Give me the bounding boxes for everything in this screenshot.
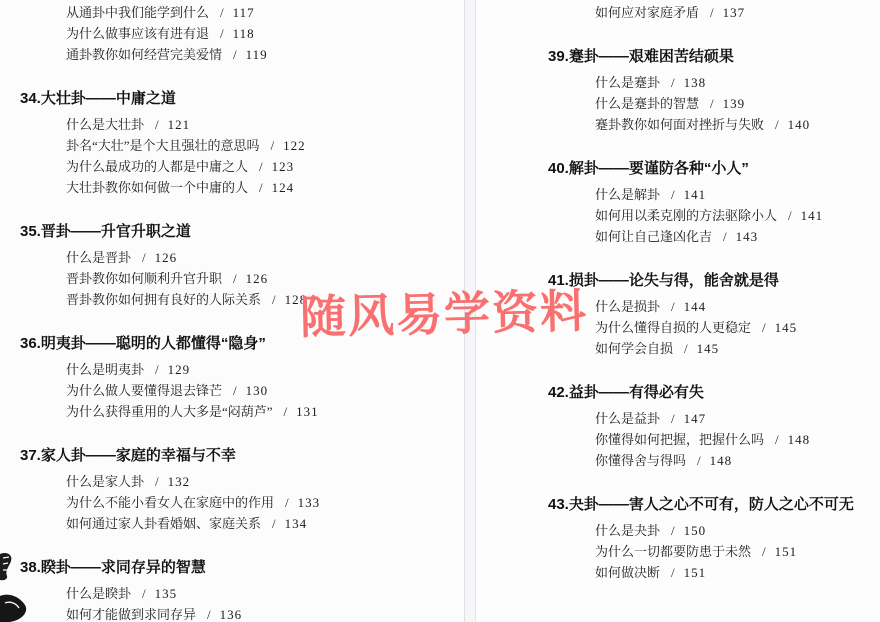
- toc-entry-separator: /: [671, 75, 675, 90]
- toc-entry-page: 139: [723, 96, 746, 111]
- toc-entry-page: 118: [233, 26, 255, 41]
- toc-entry-page: 135: [155, 586, 178, 601]
- toc-entry-separator: /: [233, 271, 237, 286]
- toc-entry-page: 151: [775, 544, 798, 559]
- toc-entry-page: 128: [285, 292, 308, 307]
- toc-entry: 如何用以柔克刚的方法驱除小人/141: [595, 205, 880, 226]
- toc-entry-separator: /: [142, 586, 146, 601]
- toc-entry-separator: /: [762, 544, 766, 559]
- toc-entry: 你懂得如何把握，把握什么吗/148: [595, 429, 880, 450]
- toc-entry-label: 如何让自己逢凶化吉: [595, 229, 712, 244]
- toc-entry-separator: /: [671, 187, 675, 202]
- toc-entry-page: 117: [233, 5, 255, 20]
- section-title: 37.家人卦——家庭的幸福与不幸: [20, 448, 464, 464]
- toc-entry-separator: /: [271, 138, 275, 153]
- toc-entry-page: 148: [710, 453, 733, 468]
- toc-entry: 什么是夬卦/150: [595, 520, 880, 541]
- toc-entry-label: 什么是蹇卦的智慧: [595, 96, 699, 111]
- toc-entry-label: 你懂得如何把握，把握什么吗: [595, 432, 764, 447]
- toc-entry-separator: /: [723, 229, 727, 244]
- toc-entry-separator: /: [272, 516, 276, 531]
- toc-entry-separator: /: [259, 180, 263, 195]
- toc-entry-separator: /: [155, 474, 159, 489]
- toc-entry-separator: /: [155, 362, 159, 377]
- toc-entry-label: 从通卦中我们能学到什么: [66, 5, 209, 20]
- toc-section-42: 42.益卦——有得必有失 什么是益卦/147 你懂得如何把握，把握什么吗/148…: [476, 385, 880, 471]
- toc-entry-page: 130: [246, 383, 269, 398]
- toc-entry: 晋卦教你如何顺利升官升职/126: [66, 268, 464, 289]
- toc-entry-separator: /: [259, 159, 263, 174]
- toc-entry-page: 141: [684, 187, 707, 202]
- toc-entry-page: 122: [283, 138, 306, 153]
- toc-entry-separator: /: [285, 495, 289, 510]
- toc-entry-page: 126: [246, 271, 269, 286]
- section-title: 38.睽卦——求同存异的智慧: [20, 560, 464, 576]
- toc-entry-separator: /: [155, 117, 159, 132]
- toc-entry: 晋卦教你如何拥有良好的人际关系/128: [66, 289, 464, 310]
- section-title: 39.蹇卦——艰难困苦结硕果: [548, 49, 880, 65]
- toc-entry-label: 大壮卦教你如何做一个中庸的人: [66, 180, 248, 195]
- toc-entry-label: 为什么不能小看女人在家庭中的作用: [66, 495, 274, 510]
- toc-entry: 你懂得舍与得吗/148: [595, 450, 880, 471]
- toc-entry: 什么是晋卦/126: [66, 247, 464, 268]
- section-title: 35.晋卦——升官升职之道: [20, 224, 464, 240]
- toc-section-36: 36.明夷卦——聪明的人都懂得“隐身” 什么是明夷卦/129 为什么做人要懂得退…: [0, 336, 464, 422]
- toc-entry-separator: /: [233, 383, 237, 398]
- toc-entry: 大壮卦教你如何做一个中庸的人/124: [66, 177, 464, 198]
- toc-entry: 什么是蹇卦/138: [595, 72, 880, 93]
- toc-entry-page: 121: [168, 117, 191, 132]
- toc-entry-label: 什么是睽卦: [66, 586, 131, 601]
- toc-entry-separator: /: [697, 453, 701, 468]
- toc-entry-page: 141: [801, 208, 824, 223]
- toc-entry-page: 124: [272, 180, 295, 195]
- toc-entry: 如何应对家庭矛盾/137: [595, 2, 880, 23]
- left-toc-page: 从通卦中我们能学到什么/117 为什么做事应该有进有退/118 通卦教你如何经营…: [0, 0, 464, 622]
- toc-entry-separator: /: [671, 565, 675, 580]
- toc-entry: 为什么一切都要防患于未然/151: [595, 541, 880, 562]
- toc-entry-label: 什么是大壮卦: [66, 117, 144, 132]
- toc-entry-label: 为什么做人要懂得退去锋芒: [66, 383, 222, 398]
- toc-entry: 为什么懂得自损的人更稳定/145: [595, 317, 880, 338]
- toc-entry-separator: /: [671, 411, 675, 426]
- toc-entry-page: 147: [684, 411, 707, 426]
- toc-entry-separator: /: [684, 341, 688, 356]
- toc-entry-label: 晋卦教你如何拥有良好的人际关系: [66, 292, 261, 307]
- toc-entry-separator: /: [220, 5, 224, 20]
- toc-entry-label: 如何做决断: [595, 565, 660, 580]
- toc-entry-label: 为什么做事应该有进有退: [66, 26, 209, 41]
- toc-entry-separator: /: [207, 607, 211, 622]
- toc-section-40: 40.解卦——要谨防各种“小人” 什么是解卦/141 如何用以柔克刚的方法驱除小…: [476, 161, 880, 247]
- toc-entry-label: 如何应对家庭矛盾: [595, 5, 699, 20]
- toc-entry-page: 123: [272, 159, 295, 174]
- toc-section-35: 35.晋卦——升官升职之道 什么是晋卦/126 晋卦教你如何顺利升官升职/126…: [0, 224, 464, 310]
- toc-entry: 为什么不能小看女人在家庭中的作用/133: [66, 492, 464, 513]
- section-title: 36.明夷卦——聪明的人都懂得“隐身”: [20, 336, 464, 352]
- toc-entry-separator: /: [671, 523, 675, 538]
- toc-entry-label: 为什么最成功的人都是中庸之人: [66, 159, 248, 174]
- toc-entry: 如何学会自损/145: [595, 338, 880, 359]
- toc-entry-label: 什么是解卦: [595, 187, 660, 202]
- toc-entry: 卦名“大壮”是个大且强壮的意思吗/122: [66, 135, 464, 156]
- section-title: 40.解卦——要谨防各种“小人”: [548, 161, 880, 177]
- toc-entry-page: 151: [684, 565, 707, 580]
- toc-entry-separator: /: [142, 250, 146, 265]
- right-toc-page: 如何应对家庭矛盾/137 39.蹇卦——艰难困苦结硕果 什么是蹇卦/138 什么…: [476, 0, 880, 622]
- toc-section-39: 39.蹇卦——艰难困苦结硕果 什么是蹇卦/138 什么是蹇卦的智慧/139 蹇卦…: [476, 49, 880, 135]
- toc-entry-page: 144: [684, 299, 707, 314]
- toc-entry-label: 什么是晋卦: [66, 250, 131, 265]
- toc-entry-label: 为什么获得重用的人大多是“闷葫芦”: [66, 404, 273, 419]
- toc-entry-separator: /: [233, 47, 237, 62]
- toc-entry-label: 如何学会自损: [595, 341, 673, 356]
- toc-entry-page: 137: [723, 5, 746, 20]
- section-title: 41.损卦——论失与得，能舍就是得: [548, 273, 880, 289]
- toc-entry: 什么是睽卦/135: [66, 583, 464, 604]
- toc-entry-separator: /: [272, 292, 276, 307]
- toc-entry-page: 138: [684, 75, 707, 90]
- toc-section-34: 34.大壮卦——中庸之道 什么是大壮卦/121 卦名“大壮”是个大且强壮的意思吗…: [0, 91, 464, 198]
- toc-entry: 通卦教你如何经营完美爱情/119: [66, 44, 464, 65]
- toc-entry-separator: /: [710, 5, 714, 20]
- toc-entry: 蹇卦教你如何面对挫折与失败/140: [595, 114, 880, 135]
- toc-entry-page: 126: [155, 250, 178, 265]
- toc-entry-page: 140: [788, 117, 811, 132]
- toc-entry-page: 129: [168, 362, 191, 377]
- toc-entry: 为什么获得重用的人大多是“闷葫芦”/131: [66, 401, 464, 422]
- toc-entry: 如何才能做到求同存异/136: [66, 604, 464, 622]
- toc-entry: 如何通过家人卦看婚姻、家庭关系/134: [66, 513, 464, 534]
- toc-entry: 为什么做人要懂得退去锋芒/130: [66, 380, 464, 401]
- toc-entry: 什么是大壮卦/121: [66, 114, 464, 135]
- toc-entry-label: 晋卦教你如何顺利升官升职: [66, 271, 222, 286]
- toc-entry-separator: /: [284, 404, 288, 419]
- toc-entry-label: 什么是家人卦: [66, 474, 144, 489]
- toc-entry: 为什么最成功的人都是中庸之人/123: [66, 156, 464, 177]
- toc-entry-separator: /: [220, 26, 224, 41]
- toc-entry: 什么是明夷卦/129: [66, 359, 464, 380]
- toc-entry: 什么是益卦/147: [595, 408, 880, 429]
- toc-entry-separator: /: [775, 117, 779, 132]
- toc-section-43: 43.夬卦——害人之心不可有，防人之心不可无 什么是夬卦/150 为什么一切都要…: [476, 497, 880, 583]
- toc-entry-separator: /: [775, 432, 779, 447]
- toc-entry-label: 卦名“大壮”是个大且强壮的意思吗: [66, 138, 260, 153]
- toc-entry-page: 134: [285, 516, 308, 531]
- toc-entry-label: 什么是夬卦: [595, 523, 660, 538]
- toc-entry-label: 蹇卦教你如何面对挫折与失败: [595, 117, 764, 132]
- toc-entry-label: 如何才能做到求同存异: [66, 607, 196, 622]
- toc-section-37: 37.家人卦——家庭的幸福与不幸 什么是家人卦/132 为什么不能小看女人在家庭…: [0, 448, 464, 534]
- toc-entry-page: 133: [298, 495, 321, 510]
- toc-entry-label: 如何用以柔克刚的方法驱除小人: [595, 208, 777, 223]
- ink-illustration-fragment: [0, 548, 36, 622]
- toc-entry-page: 148: [788, 432, 811, 447]
- toc-entry: 什么是损卦/144: [595, 296, 880, 317]
- toc-entry-page: 136: [220, 607, 243, 622]
- toc-section-38: 38.睽卦——求同存异的智慧 什么是睽卦/135 如何才能做到求同存异/136: [0, 560, 464, 622]
- toc-entry: 如何做决断/151: [595, 562, 880, 583]
- toc-entry-page: 132: [168, 474, 191, 489]
- toc-entry-separator: /: [710, 96, 714, 111]
- toc-entry-page: 145: [697, 341, 720, 356]
- toc-entry-page: 145: [775, 320, 798, 335]
- toc-entry-page: 131: [296, 404, 319, 419]
- page-gutter-divider: [464, 0, 476, 622]
- toc-entry: 如何让自己逢凶化吉/143: [595, 226, 880, 247]
- toc-entry-separator: /: [762, 320, 766, 335]
- toc-entry-separator: /: [671, 299, 675, 314]
- toc-entry: 什么是家人卦/132: [66, 471, 464, 492]
- toc-entry-label: 什么是蹇卦: [595, 75, 660, 90]
- toc-entry-label: 为什么一切都要防患于未然: [595, 544, 751, 559]
- toc-entry: 什么是解卦/141: [595, 184, 880, 205]
- toc-entry-label: 通卦教你如何经营完美爱情: [66, 47, 222, 62]
- toc-entry-label: 为什么懂得自损的人更稳定: [595, 320, 751, 335]
- toc-section-41: 41.损卦——论失与得，能舍就是得 什么是损卦/144 为什么懂得自损的人更稳定…: [476, 273, 880, 359]
- section-title: 43.夬卦——害人之心不可有，防人之心不可无: [548, 497, 880, 513]
- toc-entry: 什么是蹇卦的智慧/139: [595, 93, 880, 114]
- toc-entry-page: 150: [684, 523, 707, 538]
- toc-entry: 从通卦中我们能学到什么/117: [66, 2, 464, 23]
- section-title: 34.大壮卦——中庸之道: [20, 91, 464, 107]
- section-title: 42.益卦——有得必有失: [548, 385, 880, 401]
- toc-entry-page: 119: [246, 47, 268, 62]
- toc-entry-label: 你懂得舍与得吗: [595, 453, 686, 468]
- toc-entry-page: 143: [736, 229, 759, 244]
- toc-entry-label: 如何通过家人卦看婚姻、家庭关系: [66, 516, 261, 531]
- toc-entry-label: 什么是明夷卦: [66, 362, 144, 377]
- toc-entry-label: 什么是损卦: [595, 299, 660, 314]
- toc-entry-label: 什么是益卦: [595, 411, 660, 426]
- toc-entry: 为什么做事应该有进有退/118: [66, 23, 464, 44]
- toc-entry-separator: /: [788, 208, 792, 223]
